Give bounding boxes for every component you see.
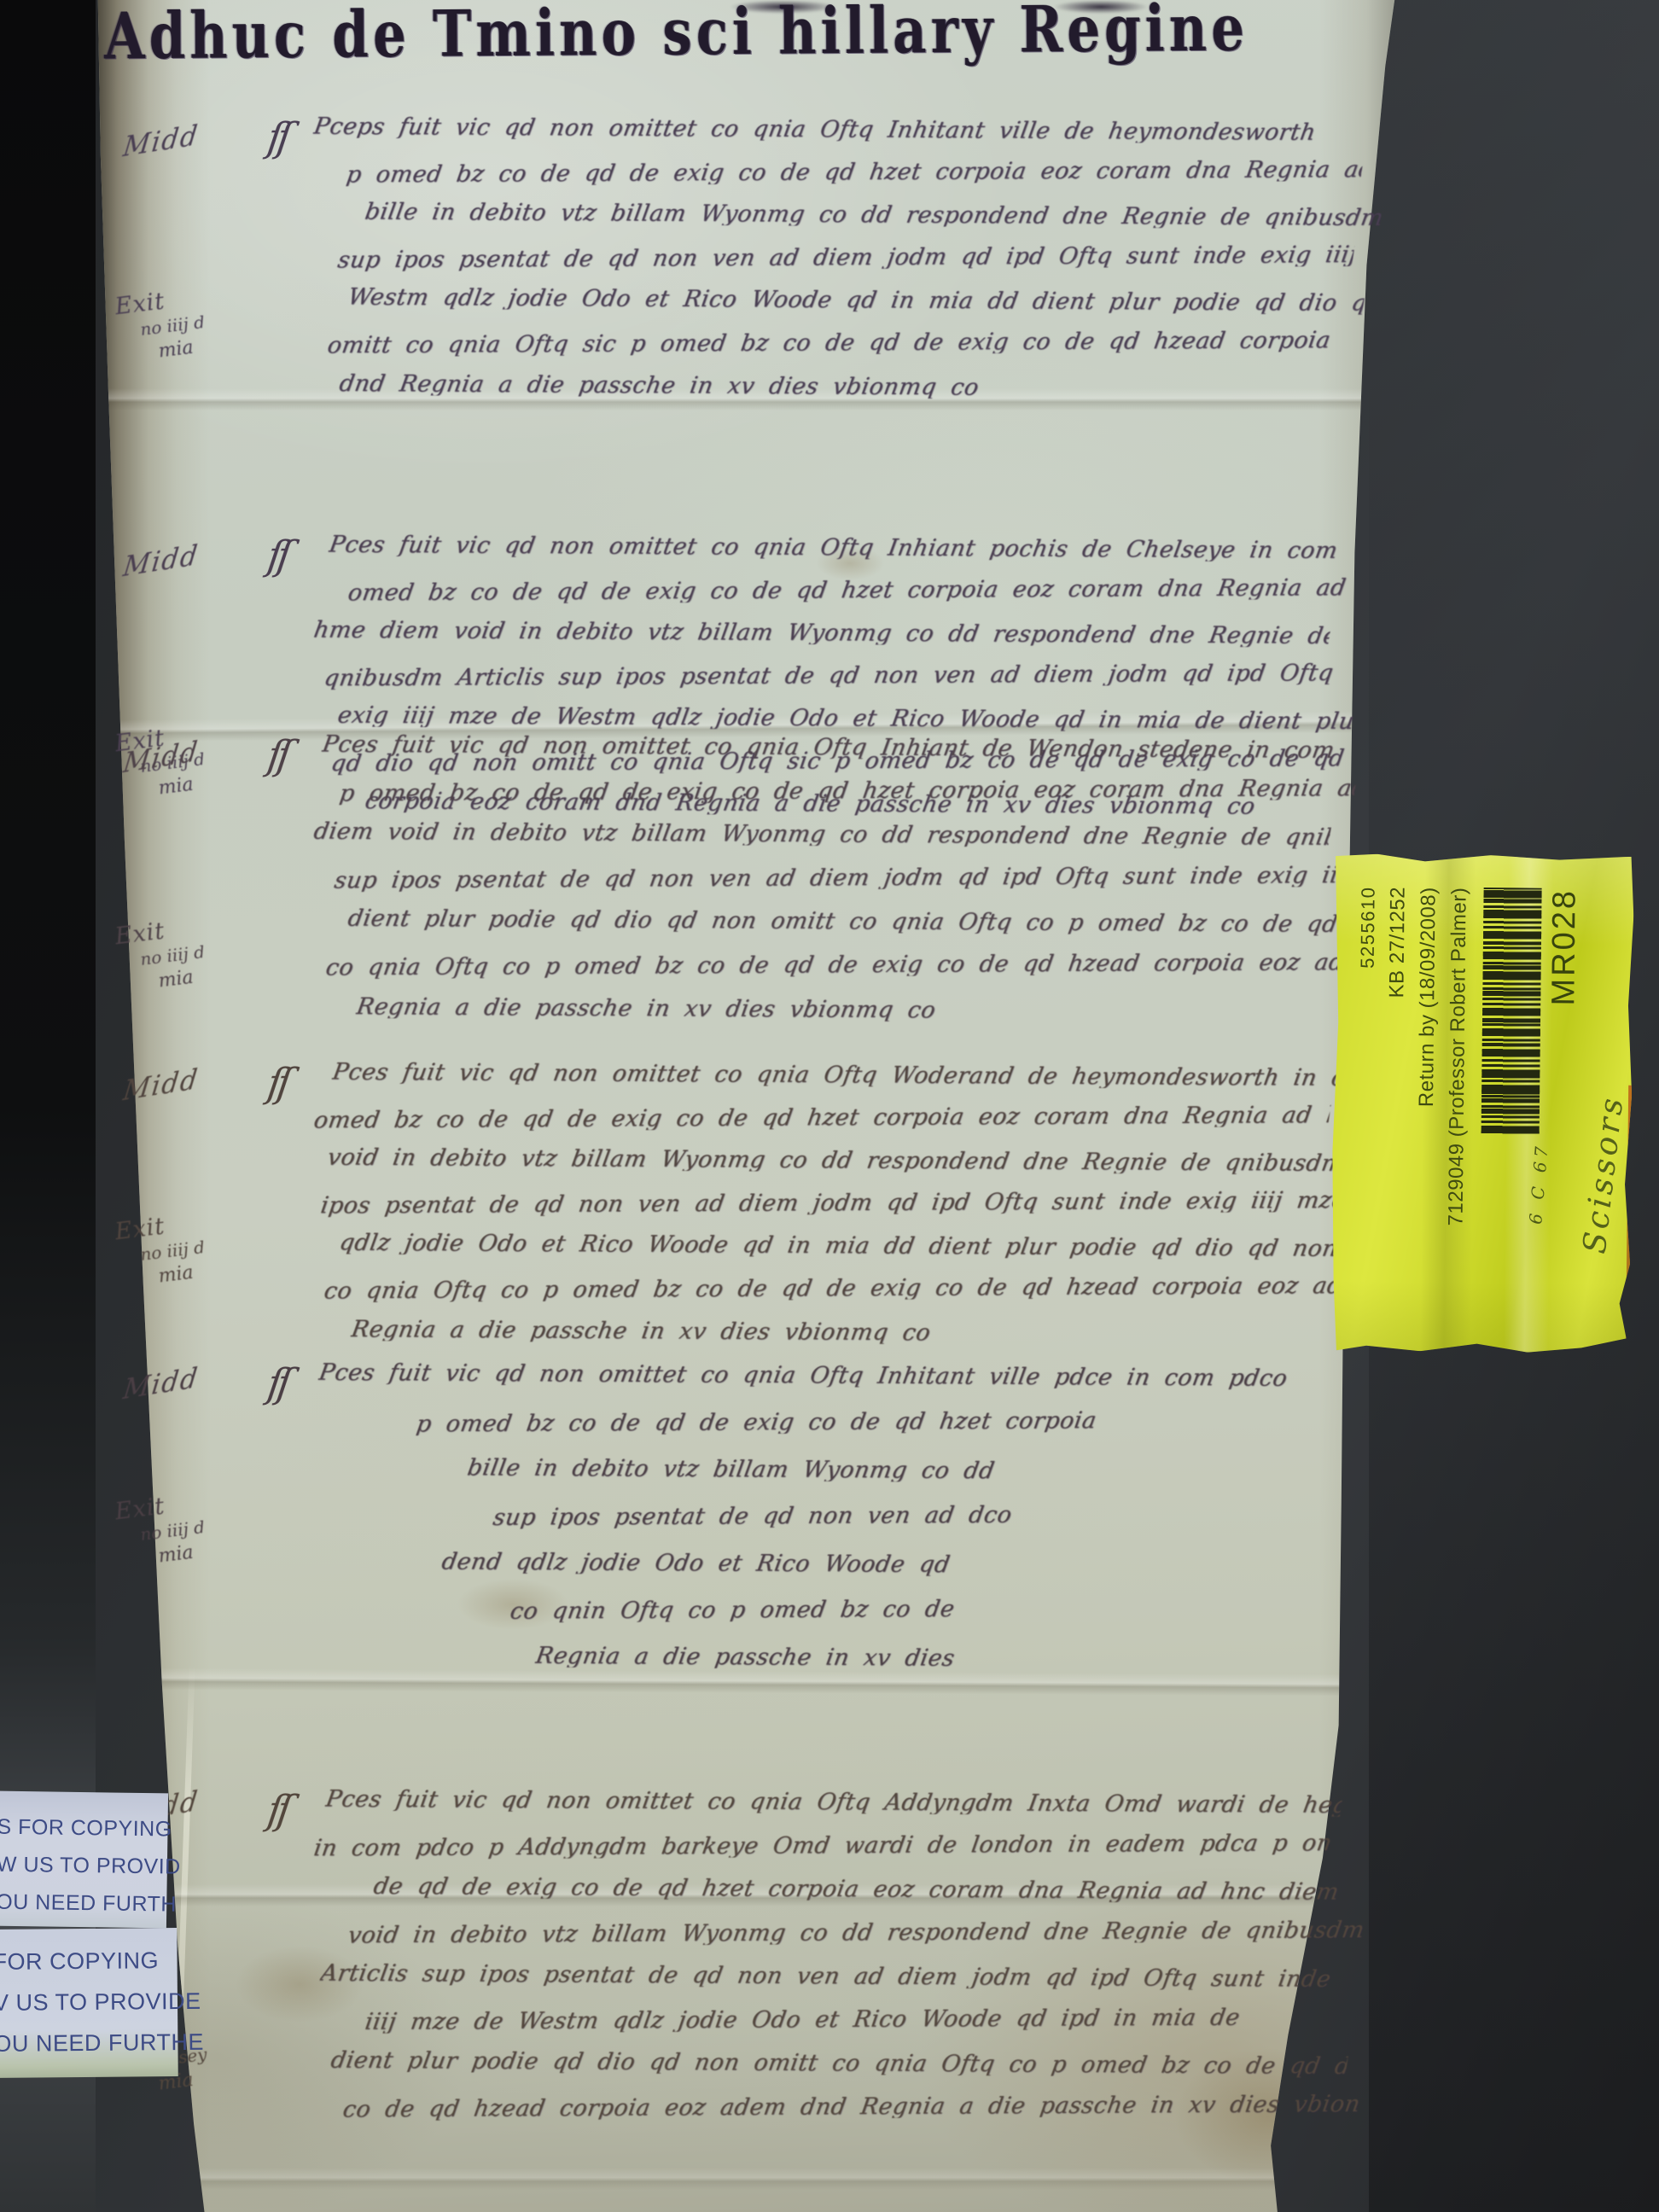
sticker-line: V US TO PROVIDE xyxy=(0,1981,178,2023)
manuscript-line: iiij mze de Westm qdlz jodie Odo et Rico… xyxy=(364,2005,1242,2033)
copying-notice-sticker-2: FOR COPYING V US TO PROVIDE OU NEED FURT… xyxy=(0,1928,178,2078)
barcode xyxy=(1481,888,1542,1134)
note-serial-number: 5255610 xyxy=(1349,886,1383,1336)
sticker-line: S FOR COPYING xyxy=(0,1808,168,1848)
manuscript-line: Regnia a die passche in xv dies vbionmq … xyxy=(350,1318,933,1344)
manuscript-line: dend qdlz jodie Odo et Rico Woode qd xyxy=(440,1550,952,1576)
exit-amercement-annotation: Exitno iiij dmia xyxy=(114,913,209,997)
manuscript-line: sup ipos psentat de qd non ven ad dco xyxy=(492,1503,1014,1528)
exit-amercement-annotation: Exitno iiij dmia xyxy=(114,1208,209,1292)
manuscript-line: bille in debito vtz billam Wyonmg co dd xyxy=(466,1456,997,1482)
manuscript-line: p omed bz co de qd de exig co de qd hzet… xyxy=(415,1409,1098,1435)
note-requester: 7129049 (Professor Robert Palmer) xyxy=(1440,888,1476,1338)
note-document-reference: KB 27/1252 xyxy=(1378,887,1414,1337)
note-return-by-date: Return by (18/09/2008) xyxy=(1409,887,1445,1337)
sticker-line: OU NEED FURTH xyxy=(0,1883,167,1924)
handwritten-scissors-note: Scissors xyxy=(1576,1093,1631,1256)
yellow-archive-request-flag: 5255610 KB 27/1252 Return by (18/09/2008… xyxy=(1330,853,1634,1353)
manuscript-line: co qnin Oftq co p omed bz co de xyxy=(509,1598,957,1623)
note-rotated-print-block: 5255610 KB 27/1252 Return by (18/09/2008… xyxy=(1336,862,1626,1339)
sticker-line: FOR COPYING xyxy=(0,1940,178,1982)
exit-amercement-annotation: Exitno iiij dmia xyxy=(114,283,209,367)
gothic-session-heading: Adhuc de Tmino sci hillary Regine xyxy=(104,0,1316,74)
sticker-line: OU NEED FURTHE xyxy=(0,2022,178,2064)
copying-notice-sticker-1: S FOR COPYING W US TO PROVID OU NEED FUR… xyxy=(0,1791,168,1929)
exit-amercement-annotation: Exitno iiij dmia xyxy=(114,1488,209,1572)
manuscript-line: Regnia a die passche in xv dies vbionmq … xyxy=(355,995,938,1022)
note-location-code: MR028 xyxy=(1540,888,1585,1339)
parchment-crease xyxy=(82,1668,1413,1697)
sticker-line: W US TO PROVID xyxy=(0,1846,167,1886)
photo-of-plea-roll-membrane: Adhuc de Tmino sci hillary Regine Middſſ… xyxy=(0,0,1659,2212)
manuscript-line: Regnia a die passche in xv dies xyxy=(534,1644,957,1670)
manuscript-line: dnd Regnia a die passche in xv dies vbio… xyxy=(338,372,981,399)
